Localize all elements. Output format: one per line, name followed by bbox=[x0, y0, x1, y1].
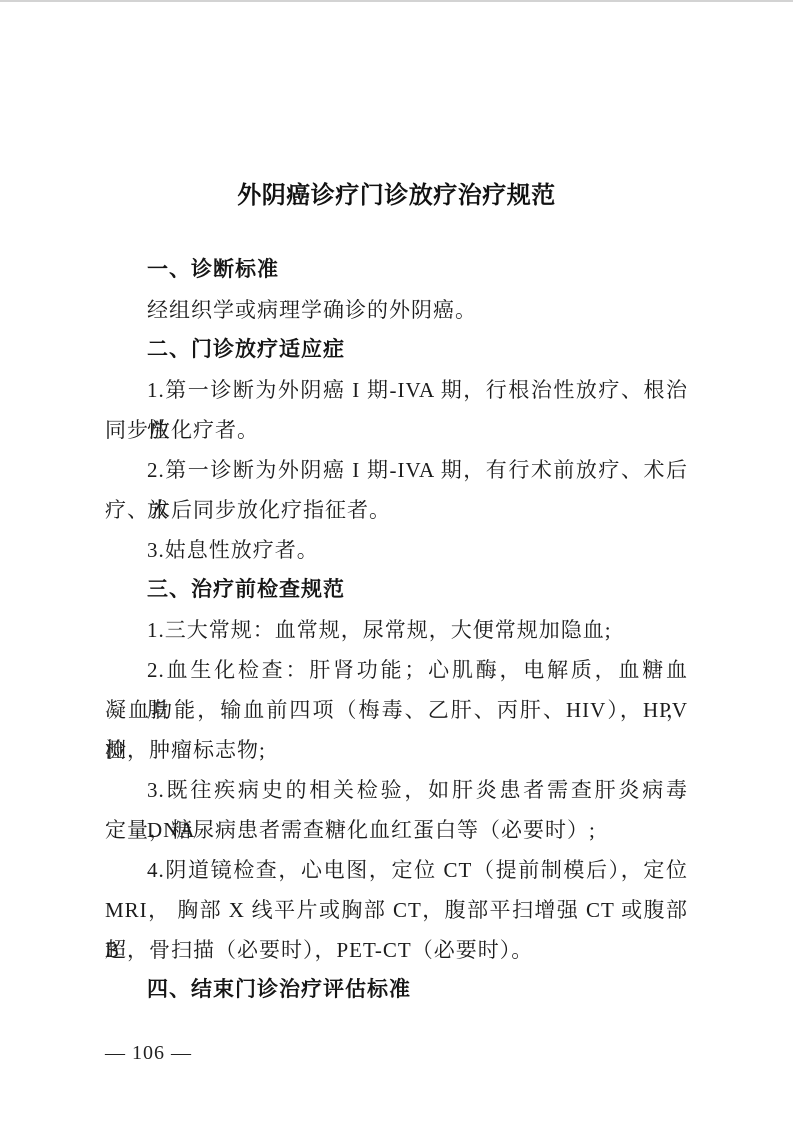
text-line: 定量，糖尿病患者需查糖化血红蛋白等（必要时）; bbox=[105, 810, 688, 850]
section-heading: 三、治疗前检查规范 bbox=[105, 570, 688, 610]
text-line: 经组织学或病理学确诊的外阴癌。 bbox=[105, 290, 688, 330]
text-line: 2.血生化检查：肝肾功能；心肌酶，电解质，血糖血脂， bbox=[105, 650, 688, 690]
text-line: 测，肿瘤标志物; bbox=[105, 730, 688, 770]
text-line: 疗、术后同步放化疗指征者。 bbox=[105, 490, 688, 530]
text-line: MRI， 胸部 X 线平片或胸部 CT，腹部平扫增强 CT 或腹部 B bbox=[105, 890, 688, 930]
text-line: 凝血功能，输血前四项（梅毒、乙肝、丙肝、HIV），HPV 检 bbox=[105, 690, 688, 730]
text-line: 3.既往疾病史的相关检验，如肝炎患者需查肝炎病毒 DNA bbox=[105, 770, 688, 810]
text-line: 1.三大常规：血常规，尿常规，大便常规加隐血; bbox=[105, 610, 688, 650]
text-line: 同步放化疗者。 bbox=[105, 410, 688, 450]
document-body: 一、诊断标准经组织学或病理学确诊的外阴癌。二、门诊放疗适应症1.第一诊断为外阴癌… bbox=[105, 250, 688, 1010]
document-title: 外阴癌诊疗门诊放疗治疗规范 bbox=[0, 181, 793, 211]
text-line: 2.第一诊断为外阴癌 I 期-IVA 期，有行术前放疗、术后放 bbox=[105, 450, 688, 490]
text-line: 4.阴道镜检查，心电图，定位 CT（提前制模后），定位 bbox=[105, 850, 688, 890]
page-number: — 106 — bbox=[105, 1041, 192, 1065]
text-line: 超，骨扫描（必要时），PET-CT（必要时）。 bbox=[105, 930, 688, 970]
text-line: 3.姑息性放疗者。 bbox=[105, 530, 688, 570]
section-heading: 四、结束门诊治疗评估标准 bbox=[105, 970, 688, 1010]
document-page: 外阴癌诊疗门诊放疗治疗规范 一、诊断标准经组织学或病理学确诊的外阴癌。二、门诊放… bbox=[0, 0, 793, 1122]
scan-edge-artifact bbox=[0, 0, 793, 2]
text-line: 1.第一诊断为外阴癌 I 期-IVA 期，行根治性放疗、根治性 bbox=[105, 370, 688, 410]
section-heading: 一、诊断标准 bbox=[105, 250, 688, 290]
section-heading: 二、门诊放疗适应症 bbox=[105, 330, 688, 370]
